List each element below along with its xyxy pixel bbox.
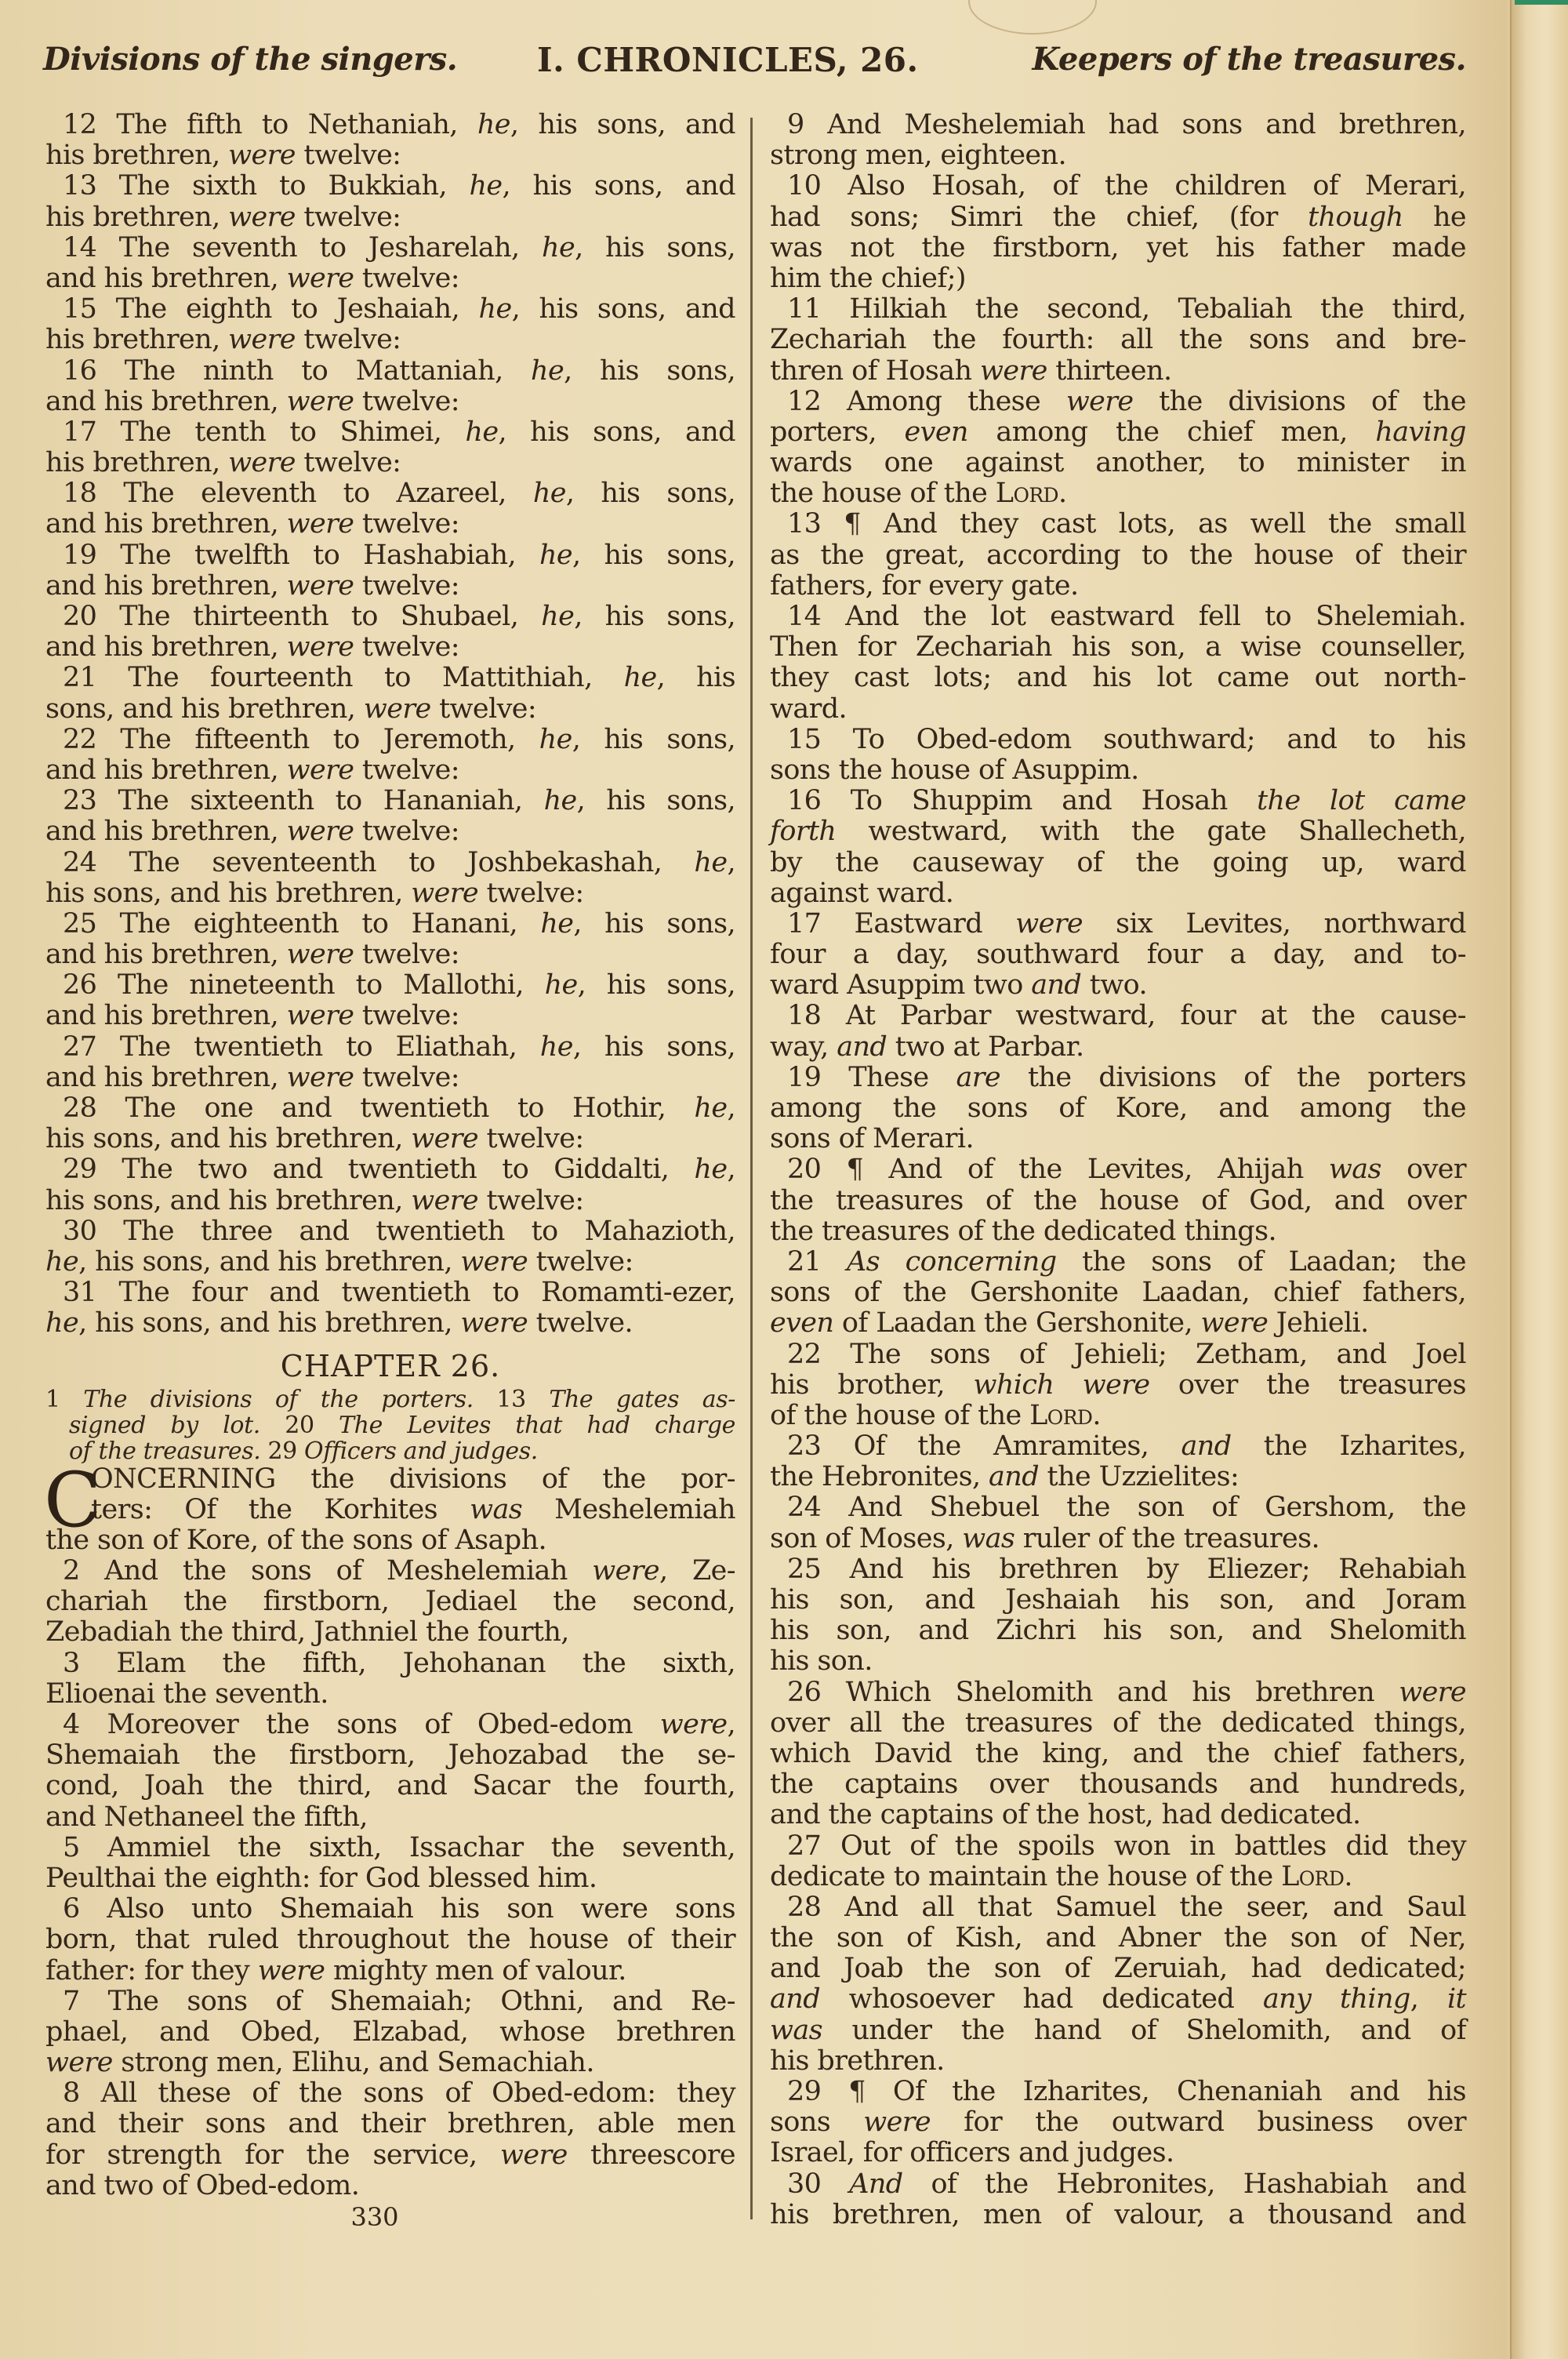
text: 25 And his brethren by Eliezer; Rehabiah: [787, 1554, 1466, 1585]
text-line: ONCERNING the divisions of the por-: [45, 1464, 735, 1495]
text: 27 Out of the spoils won in battles did …: [787, 1830, 1466, 1862]
text-line: for strength for the service, were three…: [45, 2140, 735, 2171]
text: 21 The fourteenth to Mattithiah,: [63, 662, 624, 693]
text-line: 21 As concerning the sons of Laadan; the: [770, 1247, 1466, 1278]
text: whosoever had dedicated: [820, 1983, 1263, 2015]
text-line: sons of the Gershonite Laadan, chief fat…: [770, 1278, 1466, 1308]
text: 24 The seventeenth to Joshbekashah,: [63, 847, 694, 878]
italic-text: it: [1447, 1983, 1466, 2015]
text-line: sons were for the outward business over: [770, 2107, 1466, 2138]
text-line: and his brethren, were twelve:: [45, 264, 735, 294]
text-line: which David the king, and the chief fath…: [770, 1739, 1466, 1769]
italic-text: and: [770, 1983, 820, 2015]
text: , his sons,: [574, 601, 735, 632]
text: ruler of the treasures.: [1014, 1523, 1319, 1554]
italic-text: were: [228, 324, 296, 355]
text: twelve:: [354, 386, 459, 417]
text: ,: [727, 847, 735, 878]
text: 7 The sons of Shemaiah; Othni, and Re-: [63, 1986, 735, 2017]
page-number: 330: [45, 2201, 735, 2233]
italic-text: he: [465, 416, 498, 448]
text-line: his brethren, were twelve:: [45, 325, 735, 355]
text: over all the treasures of the dedicated …: [770, 1707, 1466, 1739]
text-line: dedicate to maintain the house of the Lo…: [770, 1862, 1466, 1892]
text-line: the treasures of the house of God, and o…: [770, 1186, 1466, 1216]
text: strong men, eighteen.: [770, 140, 1066, 171]
italic-text: were: [287, 263, 354, 294]
italic-text: were: [1399, 1677, 1466, 1708]
italic-text: were: [287, 754, 354, 786]
italic-text: were: [287, 386, 354, 417]
text: , his: [657, 662, 735, 693]
text-line: 28 The one and twentieth to Hothir, he,: [45, 1093, 735, 1124]
text: his brethren,: [45, 324, 228, 355]
text-line: 27 The twentieth to Eliathah, he, his so…: [45, 1032, 735, 1063]
text-line: Peulthai the eighth: for God blessed him…: [45, 1863, 735, 1894]
text-line: fathers, for every gate.: [770, 571, 1466, 602]
text-line: and his brethren, were twelve:: [45, 755, 735, 786]
text-line: his son, and Jeshaiah his son, and Joram: [770, 1585, 1466, 1616]
text: 14 And the lot eastward fell to Shelemia…: [787, 601, 1466, 632]
italic-text: he: [479, 293, 512, 325]
text: 17 The tenth to Shimei,: [63, 416, 465, 448]
italic-text: were: [228, 447, 296, 478]
text: the treasures of the house of God, and o…: [770, 1185, 1466, 1216]
text-line: Shemaiah the firstborn, Jehozabad the se…: [45, 1740, 735, 1771]
text-line: Elioenai the seventh.: [45, 1679, 735, 1710]
text: , his sons, and: [498, 416, 735, 448]
italic-text: any thing: [1263, 1983, 1410, 2015]
text-line: 27 Out of the spoils won in battles did …: [770, 1831, 1466, 1862]
text-line: and the captains of the host, had dedica…: [770, 1800, 1466, 1830]
verses-chapter-25: 12 The fifth to Nethaniah, he, his sons,…: [45, 110, 735, 1339]
text: chariah the firstborn, Jediael the secon…: [45, 1586, 735, 1617]
text: Israel, for officers and judges.: [770, 2137, 1174, 2168]
text: 18 At Parbar westward, four at the cause…: [787, 1000, 1466, 1031]
summary-line: signed by lot. 20 The Levites that had c…: [45, 1412, 735, 1438]
text: twelve:: [528, 1246, 633, 1278]
italic-text: he: [469, 170, 502, 202]
text: Then for Zechariah his son, a wise couns…: [770, 631, 1466, 663]
text: twelve:: [296, 202, 401, 233]
text: 8 All these of the sons of Obed-edom: th…: [63, 2077, 735, 2109]
text-line: 6 Also unto Shemaiah his son were sons: [45, 1894, 735, 1925]
italic-text: were: [1201, 1307, 1269, 1339]
text: the son of Kish, and Abner the son of Ne…: [770, 1922, 1466, 1954]
text-line: as the great, according to the house of …: [770, 540, 1466, 571]
text: Jehieli.: [1268, 1307, 1368, 1339]
text: his brethren.: [770, 2045, 945, 2077]
italic-text: were: [592, 1555, 659, 1587]
text: Zebadiah the third, Jathniel the fourth,: [45, 1616, 569, 1648]
text: dedicate to maintain the house of the: [770, 1861, 1281, 1892]
text: him the chief;): [770, 263, 966, 294]
text: 1: [45, 1386, 83, 1413]
text: his sons, and his brethren,: [45, 878, 411, 909]
italic-text: were: [258, 1955, 325, 1986]
text-line: 30 And of the Hebronites, Hashabiah and: [770, 2169, 1466, 2200]
text-line: 9 And Meshelemiah had sons and brethren,: [770, 110, 1466, 140]
text: 12 Among these: [787, 386, 1066, 417]
text-line: 20 ¶ And of the Levites, Ahijah was over: [770, 1154, 1466, 1185]
text-line: and his brethren, were twelve:: [45, 387, 735, 417]
text: under the hand of Shelomith, and of: [822, 2015, 1466, 2046]
text-line: 10 Also Hosah, of the children of Merari…: [770, 171, 1466, 202]
text: sons of the Gershonite Laadan, chief fat…: [770, 1277, 1466, 1308]
text-line: his brethren, were twelve:: [45, 140, 735, 171]
italic-text: he: [544, 785, 577, 816]
text-line: 5 Ammiel the sixth, Issachar the seventh…: [45, 1833, 735, 1863]
text: , his sons,: [572, 724, 735, 755]
text: 29: [260, 1438, 304, 1465]
text: , his sons,: [575, 232, 735, 264]
text-line: 21 The fourteenth to Mattithiah, he, his: [45, 663, 735, 693]
text: 12 The fifth to Nethaniah,: [63, 109, 477, 140]
italic-text: forth: [770, 816, 836, 847]
italic-text: he: [545, 969, 578, 1001]
text: .: [1058, 478, 1067, 509]
text-line: his sons, and his brethren, were twelve:: [45, 1186, 735, 1216]
text: as the great, according to the house of …: [770, 540, 1466, 571]
text: and his brethren,: [45, 570, 287, 602]
text: the captains over thousands and hundreds…: [770, 1768, 1466, 1800]
italic-text: he: [539, 724, 572, 755]
header-right-caption: Keepers of the treasures.: [1033, 41, 1466, 78]
text: 18 The eleventh to Azareel,: [63, 478, 533, 509]
text-line: ters: Of the Korhites was Meshelemiah: [45, 1495, 735, 1525]
text: , his sons,: [566, 478, 735, 509]
italic-text: he: [694, 1154, 727, 1185]
text-line: his son.: [770, 1646, 1466, 1677]
text-line: father: for they were mighty men of valo…: [45, 1956, 735, 1986]
text: and their sons and their brethren, able …: [45, 2108, 735, 2139]
bookmark-tab: [1515, 0, 1568, 5]
text-line: and two of Obed-edom.: [45, 2171, 735, 2201]
page-edge: [1510, 0, 1568, 2359]
text: ward.: [770, 693, 847, 725]
text: and his brethren,: [45, 508, 287, 540]
text: , his sons, and his brethren,: [78, 1246, 460, 1278]
text-line: among the sons of Kore, and among the: [770, 1093, 1466, 1124]
text: , his sons,: [578, 969, 735, 1001]
text-line: his brother, which were over the treasur…: [770, 1370, 1466, 1401]
text: over: [1381, 1154, 1466, 1185]
text: 22 The fifteenth to Jeremoth,: [63, 724, 539, 755]
text: Peulthai the eighth: for God blessed him…: [45, 1863, 597, 1894]
text-line: 12 The fifth to Nethaniah, he, his sons,…: [45, 110, 735, 140]
italic-text: The divisions of the porters.: [83, 1386, 474, 1413]
italic-text: even: [905, 416, 968, 448]
text-line: ward Asuppim two and two.: [770, 970, 1466, 1001]
text-line: 11 Hilkiah the second, Tebaliah the thir…: [770, 294, 1466, 325]
italic-text: were: [660, 1709, 728, 1740]
summary-line: 1 The divisions of the porters. 13 The g…: [45, 1387, 735, 1412]
text: the son of Kore, of the sons of Asaph.: [45, 1525, 546, 1556]
text: 31 The four and twentieth to Romamti-eze…: [63, 1277, 735, 1308]
text: 28 And all that Samuel the seer, and Sau…: [787, 1892, 1466, 1923]
italic-text: were: [287, 939, 354, 970]
text: Zechariah the fourth: all the sons and b…: [770, 324, 1466, 355]
text: , his sons,: [573, 1031, 735, 1063]
text-line: his brethren.: [770, 2046, 1466, 2077]
italic-text: he: [694, 1092, 727, 1124]
text-line: even of Laadan the Gershonite, were Jehi…: [770, 1308, 1466, 1339]
text: twelve:: [478, 1185, 584, 1216]
italic-text: were: [364, 693, 431, 725]
italic-text: The Levites that had charge: [339, 1412, 735, 1439]
text-line: 16 To Shuppim and Hosah the lot came: [770, 786, 1466, 816]
italic-text: and: [1031, 969, 1081, 1001]
text: 3 Elam the fifth, Jehohanan the sixth,: [63, 1648, 735, 1679]
text: Elioenai the seventh.: [45, 1678, 328, 1710]
text-line: 26 Which Shelomith and his brethren were: [770, 1677, 1466, 1708]
text-line: they cast lots; and his lot came out nor…: [770, 663, 1466, 693]
text: 28 The one and twentieth to Hothir,: [63, 1092, 694, 1124]
text: over the treasures: [1149, 1369, 1466, 1401]
text: twelve:: [354, 631, 459, 663]
text: his brethren, men of valour, a thousand …: [770, 2199, 1466, 2230]
text: , his sons, and: [510, 109, 735, 140]
italic-text: he: [531, 355, 564, 387]
text-line: and his brethren, were twelve:: [45, 1063, 735, 1093]
text: ,: [727, 1709, 735, 1740]
running-header: Divisions of the singers. I. CHRONICLES,…: [43, 41, 1466, 88]
text-line: over all the treasures of the dedicated …: [770, 1708, 1466, 1739]
text: , Ze-: [659, 1555, 735, 1587]
italic-text: and: [837, 1031, 887, 1063]
text: twelve:: [431, 693, 537, 725]
text: the Izharites,: [1232, 1430, 1466, 1462]
text-line: 2 And the sons of Meshelemiah were, Ze-: [45, 1556, 735, 1587]
text-line: 30 The three and twentieth to Mahazioth,: [45, 1216, 735, 1247]
text-line: 22 The sons of Jehieli; Zetham, and Joel: [770, 1339, 1466, 1370]
text: twelve:: [296, 140, 401, 171]
text: of the Hebronites, Hashabiah and: [903, 2168, 1466, 2200]
italic-text: were: [1066, 386, 1134, 417]
text-line: 20 The thirteenth to Shubael, he, his so…: [45, 602, 735, 632]
text-line: his sons, and his brethren, were twelve:: [45, 878, 735, 909]
italic-text: are: [956, 1062, 1001, 1093]
text: twelve:: [296, 324, 401, 355]
text: .: [1344, 1861, 1352, 1892]
text: and his brethren,: [45, 1000, 287, 1031]
italic-text: even: [770, 1307, 833, 1339]
italic-text: were: [500, 2139, 568, 2171]
text: 20: [260, 1412, 339, 1439]
text: 20 ¶ And of the Levites, Ahijah: [787, 1154, 1329, 1185]
text-line: 18 At Parbar westward, four at the cause…: [770, 1001, 1466, 1031]
text: wards one against another, to minister i…: [770, 447, 1466, 478]
text: ,: [1410, 1983, 1447, 2015]
text: Meshelemiah: [522, 1494, 735, 1525]
text: 22 The sons of Jehieli; Zetham, and Joel: [787, 1339, 1466, 1370]
text-line: and his brethren, were twelve:: [45, 940, 735, 970]
text: 17 Eastward: [787, 908, 1015, 940]
text: his son, and Zichri his son, and Shelomi…: [770, 1615, 1466, 1646]
text: twelve:: [354, 816, 459, 847]
text-line: 24 The seventeenth to Joshbekashah, he,: [45, 848, 735, 878]
text-line: 15 The eighth to Jeshaiah, he, his sons,…: [45, 294, 735, 325]
text: and his brethren,: [45, 263, 287, 294]
text: 5 Ammiel the sixth, Issachar the seventh…: [63, 1832, 735, 1863]
text-line: sons of Merari.: [770, 1124, 1466, 1154]
text: and his brethren,: [45, 386, 287, 417]
text-line: his sons, and his brethren, were twelve:: [45, 1124, 735, 1154]
italic-text: was: [470, 1494, 522, 1525]
italic-text: As concerning: [847, 1246, 1057, 1278]
text-line: the treasures of the dedicated things.: [770, 1216, 1466, 1247]
italic-text: he: [540, 1031, 573, 1063]
text: they cast lots; and his lot came out nor…: [770, 662, 1466, 693]
text: thirteen.: [1047, 355, 1172, 387]
verses-chapter-26-left: ONCERNING the divisions of the por-ters:…: [45, 1464, 735, 2202]
text-line: the captains over thousands and hundreds…: [770, 1769, 1466, 1800]
text: mighty men of valour.: [325, 1955, 626, 1986]
text: the Hebronites,: [770, 1461, 989, 1492]
text: .: [1092, 1400, 1101, 1431]
italic-text: he: [539, 540, 572, 571]
italic-text: Officers and judges.: [304, 1438, 538, 1465]
text: his sons, and his brethren,: [45, 1123, 411, 1154]
text: the treasures of the dedicated things.: [770, 1216, 1276, 1247]
italic-text: though: [1308, 202, 1403, 233]
text: ters: Of the Korhites: [91, 1494, 470, 1525]
header-book-chapter: I. CHRONICLES, 26.: [537, 41, 919, 79]
summary-line: of the treasures. 29 Officers and judges…: [45, 1438, 735, 1464]
text-line: cond, Joah the third, and Sacar the four…: [45, 1771, 735, 1801]
text-line: the son of Kish, and Abner the son of Ne…: [770, 1923, 1466, 1954]
text-line: 16 The ninth to Mattaniah, he, his sons,: [45, 356, 735, 387]
text: 19 These: [787, 1062, 956, 1093]
text-line: and Joab the son of Zeruiah, had dedicat…: [770, 1954, 1466, 1984]
text: twelve:: [354, 508, 459, 540]
italic-text: were: [287, 508, 354, 540]
text: cond, Joah the third, and Sacar the four…: [45, 1770, 735, 1801]
text: his brethren,: [45, 140, 228, 171]
text: and Nethaneel the fifth,: [45, 1801, 368, 1833]
text-line: way, and two at Parbar.: [770, 1032, 1466, 1063]
italic-text: signed by lot.: [69, 1412, 260, 1439]
italic-text: and: [989, 1461, 1039, 1492]
text: his brethren,: [45, 202, 228, 233]
italic-text: were: [287, 1062, 354, 1093]
text-line: 29 ¶ Of the Izharites, Chenaniah and his: [770, 2077, 1466, 2107]
text-line: his son, and Zichri his son, and Shelomi…: [770, 1616, 1466, 1646]
italic-text: he: [541, 601, 574, 632]
text-line: was not the firstborn, yet his father ma…: [770, 233, 1466, 264]
text-line: 7 The sons of Shemaiah; Othni, and Re-: [45, 1986, 735, 2017]
text: ,: [727, 1154, 735, 1185]
text: ,: [727, 1092, 735, 1124]
italic-text: was: [1329, 1154, 1381, 1185]
text: 26 Which Shelomith and his brethren: [787, 1677, 1399, 1708]
text-line: and his brethren, were twelve:: [45, 632, 735, 663]
text-line: the house of the Lord.: [770, 478, 1466, 509]
italic-text: he: [542, 232, 575, 264]
text: and two of Obed-edom.: [45, 2170, 359, 2201]
text: his son.: [770, 1645, 873, 1677]
text: two at Parbar.: [887, 1031, 1083, 1063]
text-line: against ward.: [770, 878, 1466, 909]
text: and his brethren,: [45, 754, 287, 786]
text: was not the firstborn, yet his father ma…: [770, 232, 1466, 264]
text: 6 Also unto Shemaiah his son were sons: [63, 1893, 735, 1925]
text-line: 13 The sixth to Bukkiah, he, his sons, a…: [45, 171, 735, 202]
text-line: 24 And Shebuel the son of Gershom, the: [770, 1492, 1466, 1523]
text: 23 Of the Amramites,: [787, 1430, 1181, 1462]
text-line: sons the house of Asuppim.: [770, 755, 1466, 786]
italic-text: he: [540, 908, 573, 940]
text: his son, and Jeshaiah his son, and Joram: [770, 1584, 1466, 1616]
text: 10 Also Hosah, of the children of Merari…: [787, 170, 1466, 202]
text: twelve:: [354, 939, 459, 970]
text: , his sons,: [573, 908, 735, 940]
text: against ward.: [770, 878, 953, 909]
text-line: four a day, southward four a day, and to…: [770, 940, 1466, 970]
text: 26 The nineteenth to Mallothi,: [63, 969, 545, 1001]
italic-text: he: [624, 662, 657, 693]
right-column: 9 And Meshelemiah had sons and brethren,…: [770, 110, 1466, 2230]
text-line: chariah the firstborn, Jediael the secon…: [45, 1587, 735, 1617]
text-line: 8 All these of the sons of Obed-edom: th…: [45, 2078, 735, 2109]
text-line: Then for Zechariah his son, a wise couns…: [770, 632, 1466, 663]
italic-text: And: [849, 2168, 902, 2200]
text: sons the house of Asuppim.: [770, 754, 1139, 786]
text: twelve:: [354, 754, 459, 786]
italic-text: he: [694, 847, 727, 878]
text: twelve:: [478, 878, 584, 909]
text: 13: [474, 1386, 550, 1413]
text: 14 The seventh to Jesharelah,: [63, 232, 542, 264]
text: 15 To Obed-edom southward; and to his: [787, 724, 1466, 755]
text: 29 ¶ Of the Izharites, Chenaniah and his: [787, 2076, 1466, 2107]
text-line: and his brethren, were twelve:: [45, 509, 735, 540]
text: of Laadan the Gershonite,: [833, 1307, 1200, 1339]
text-line: 14 The seventh to Jesharelah, he, his so…: [45, 233, 735, 264]
italic-text: were: [1015, 908, 1083, 940]
text: 16 The ninth to Mattaniah,: [63, 355, 531, 387]
text-line: 29 The two and twentieth to Giddalti, he…: [45, 1154, 735, 1185]
text: , his sons, and: [503, 170, 735, 202]
italic-text: were: [287, 631, 354, 663]
text: and Joab the son of Zeruiah, had dedicat…: [770, 1953, 1466, 1984]
text-line: phael, and Obed, Elzabad, whose brethren: [45, 2017, 735, 2048]
text-line: 15 To Obed-edom southward; and to his: [770, 725, 1466, 755]
italic-text: which were: [973, 1369, 1149, 1401]
italic-text: were: [411, 1185, 478, 1216]
text: thren of Hosah: [770, 355, 980, 387]
text: 4 Moreover the sons of Obed-edom: [63, 1709, 660, 1740]
left-column: 12 The fifth to Nethaniah, he, his sons,…: [45, 110, 735, 2233]
text: porters,: [770, 416, 905, 448]
text: the divisions of the porters: [1000, 1062, 1466, 1093]
text-line: and his brethren, were twelve:: [45, 1001, 735, 1031]
text: , his sons,: [572, 540, 735, 571]
text-line: 12 Among these were the divisions of the: [770, 387, 1466, 417]
italic-text: were: [228, 140, 296, 171]
italic-text: were: [228, 202, 296, 233]
verses-chapter-26-right: 9 And Meshelemiah had sons and brethren,…: [770, 110, 1466, 2230]
text: two.: [1081, 969, 1147, 1001]
text: , his sons, and: [512, 293, 735, 325]
header-left-caption: Divisions of the singers.: [43, 41, 457, 78]
italic-text: he: [45, 1307, 78, 1339]
text-line: 4 Moreover the sons of Obed-edom were,: [45, 1710, 735, 1740]
text-line: by the causeway of the going up, ward: [770, 848, 1466, 878]
italic-text: were: [460, 1307, 528, 1339]
text: sons of Merari.: [770, 1123, 974, 1154]
text-line: the Hebronites, and the Uzzielites:: [770, 1462, 1466, 1492]
